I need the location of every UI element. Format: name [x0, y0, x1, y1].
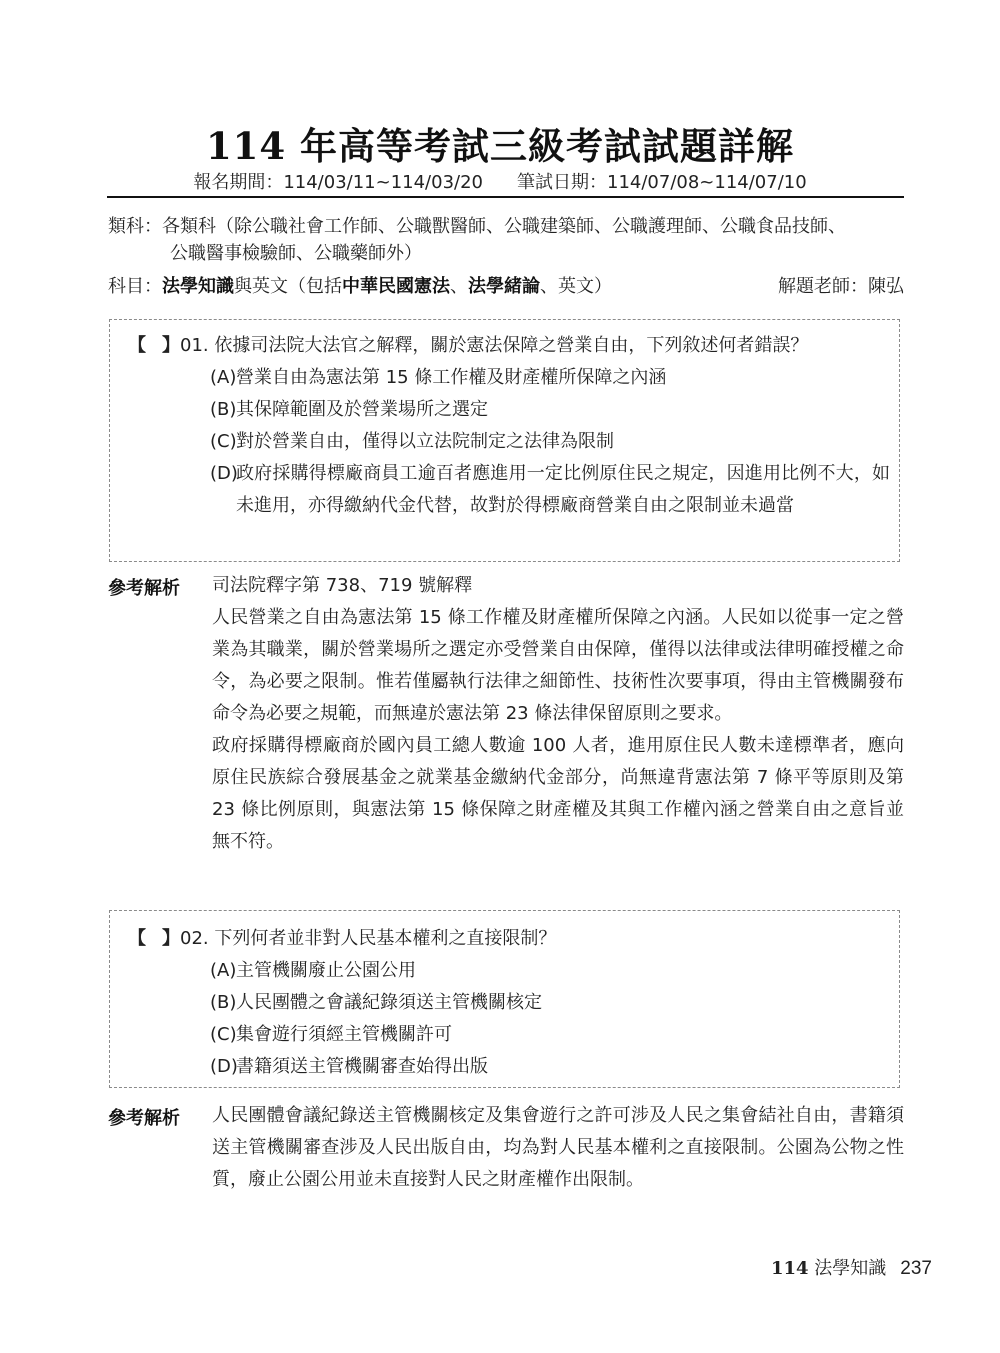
option-a: (A)主管機關廢止公園公用: [210, 955, 890, 987]
option-letter: (B): [210, 394, 236, 426]
option-d: (D)書籍須送主管機關審查始得出版: [210, 1051, 890, 1083]
option-text: 政府採購得標廠商員工逾百者應進用一定比例原住民之規定，因進用比例不大，如未進用，…: [236, 458, 890, 522]
category-line-1: 各類科（除公職社會工作師、公職獸醫師、公職建築師、公職護理師、公職食品技師、: [162, 216, 846, 237]
option-c: (C)對於營業自由，僅得以立法院制定之法律為限制: [210, 426, 890, 458]
analysis-01: 司法院釋字第 738、719 號解釋 人民營業之自由為憲法第 15 條工作權及財…: [212, 570, 904, 858]
answer-bracket-close: 】: [162, 928, 180, 949]
subject-text-end: 、英文）: [540, 276, 612, 297]
option-letter: (D): [210, 458, 236, 522]
question-text: 下列何者並非對人民基本權利之直接限制？: [214, 928, 556, 949]
option-text: 主管機關廢止公園公用: [236, 960, 416, 981]
option-letter: (D): [210, 1051, 236, 1083]
subject-bold-1: 法學知識: [162, 276, 234, 297]
option-text: 營業自由為憲法第 15 條工作權及財產權所保障之內涵: [236, 367, 666, 388]
option-d: (D)政府採購得標廠商員工逾百者應進用一定比例原住民之規定，因進用比例不大，如未…: [210, 458, 890, 522]
category-label: 類科：: [108, 213, 162, 240]
option-letter: (A): [210, 362, 236, 394]
answer-bracket-close: 】: [162, 335, 180, 356]
question-stem-02: 【】02. 下列何者並非對人民基本權利之直接限制？: [128, 925, 556, 952]
question-number: 01.: [180, 335, 209, 356]
analysis-label-01: 參考解析: [108, 574, 180, 600]
option-letter: (C): [210, 426, 236, 458]
analysis-paragraph: 政府採購得標廠商於國內員工總人數逾 100 人者，進用原住民人數未達標準者，應向…: [212, 730, 904, 858]
analysis-02: 人民團體會議紀錄送主管機關核定及集會遊行之許可涉及人民之集會結社自由，書籍須送主…: [212, 1100, 904, 1196]
question-box-02: 【】02. 下列何者並非對人民基本權利之直接限制？ (A)主管機關廢止公園公用 …: [109, 910, 900, 1088]
option-text: 人民團體之會議紀錄須送主管機關核定: [236, 992, 542, 1013]
option-letter: (B): [210, 987, 236, 1019]
option-b: (B)人民團體之會議紀錄須送主管機關核定: [210, 987, 890, 1019]
exam-dates: 報名期間：114/03/11~114/03/20筆試日期：114/07/08~1…: [0, 168, 1000, 194]
option-c: (C)集會遊行須經主管機關許可: [210, 1019, 890, 1051]
option-letter: (C): [210, 1019, 236, 1051]
subject-bold-2: 中華民國憲法: [342, 276, 450, 297]
answer-bracket-open: 【: [128, 928, 146, 949]
analysis-label-02: 參考解析: [108, 1104, 180, 1130]
footer-year: 114: [771, 1258, 809, 1279]
analysis-reference: 司法院釋字第 738、719 號解釋: [212, 570, 904, 602]
option-text: 其保障範圍及於營業場所之選定: [236, 399, 488, 420]
page-footer: 114 法學知識237: [771, 1254, 932, 1280]
subject-separator: 、: [450, 276, 468, 297]
answer-bracket-open: 【: [128, 335, 146, 356]
analysis-paragraph: 人民團體會議紀錄送主管機關核定及集會遊行之許可涉及人民之集會結社自由，書籍須送主…: [212, 1100, 904, 1196]
category-info: 類科：各類科（除公職社會工作師、公職獸醫師、公職建築師、公職護理師、公職食品技師…: [108, 213, 908, 267]
question-stem-01: 【】01. 依據司法院大法官之解釋，關於憲法保障之營業自由，下列敘述何者錯誤？: [128, 332, 808, 359]
registration-period: 報名期間：114/03/11~114/03/20: [193, 172, 483, 193]
teacher-name: 解題老師：陳弘: [778, 273, 904, 300]
question-number: 02.: [180, 928, 209, 949]
option-text: 書籍須送主管機關審查始得出版: [236, 1056, 488, 1077]
option-a: (A)營業自由為憲法第 15 條工作權及財產權所保障之內涵: [210, 362, 890, 394]
header-rule: [107, 196, 904, 198]
option-text: 集會遊行須經主管機關許可: [236, 1024, 452, 1045]
footer-subject: 法學知識: [814, 1258, 886, 1279]
subject-label: 科目：: [108, 276, 162, 297]
page-title: 114 年高等考試三級考試試題詳解: [0, 116, 1000, 170]
question-text: 依據司法院大法官之解釋，關於憲法保障之營業自由，下列敘述何者錯誤？: [214, 335, 808, 356]
analysis-paragraph: 人民營業之自由為憲法第 15 條工作權及財產權所保障之內涵。人民如以從事一定之營…: [212, 602, 904, 730]
written-exam-dates: 筆試日期：114/07/08~114/07/10: [517, 172, 807, 193]
subject-text: 與英文（包括: [234, 276, 342, 297]
subject-bold-3: 法學緒論: [468, 276, 540, 297]
option-text: 對於營業自由，僅得以立法院制定之法律為限制: [236, 431, 614, 452]
category-line-2: 公職醫事檢驗師、公職藥師外）: [108, 240, 908, 267]
option-b: (B)其保障範圍及於營業場所之選定: [210, 394, 890, 426]
question-box-01: 【】01. 依據司法院大法官之解釋，關於憲法保障之營業自由，下列敘述何者錯誤？ …: [109, 319, 900, 562]
page-number: 237: [900, 1258, 932, 1279]
option-letter: (A): [210, 955, 236, 987]
